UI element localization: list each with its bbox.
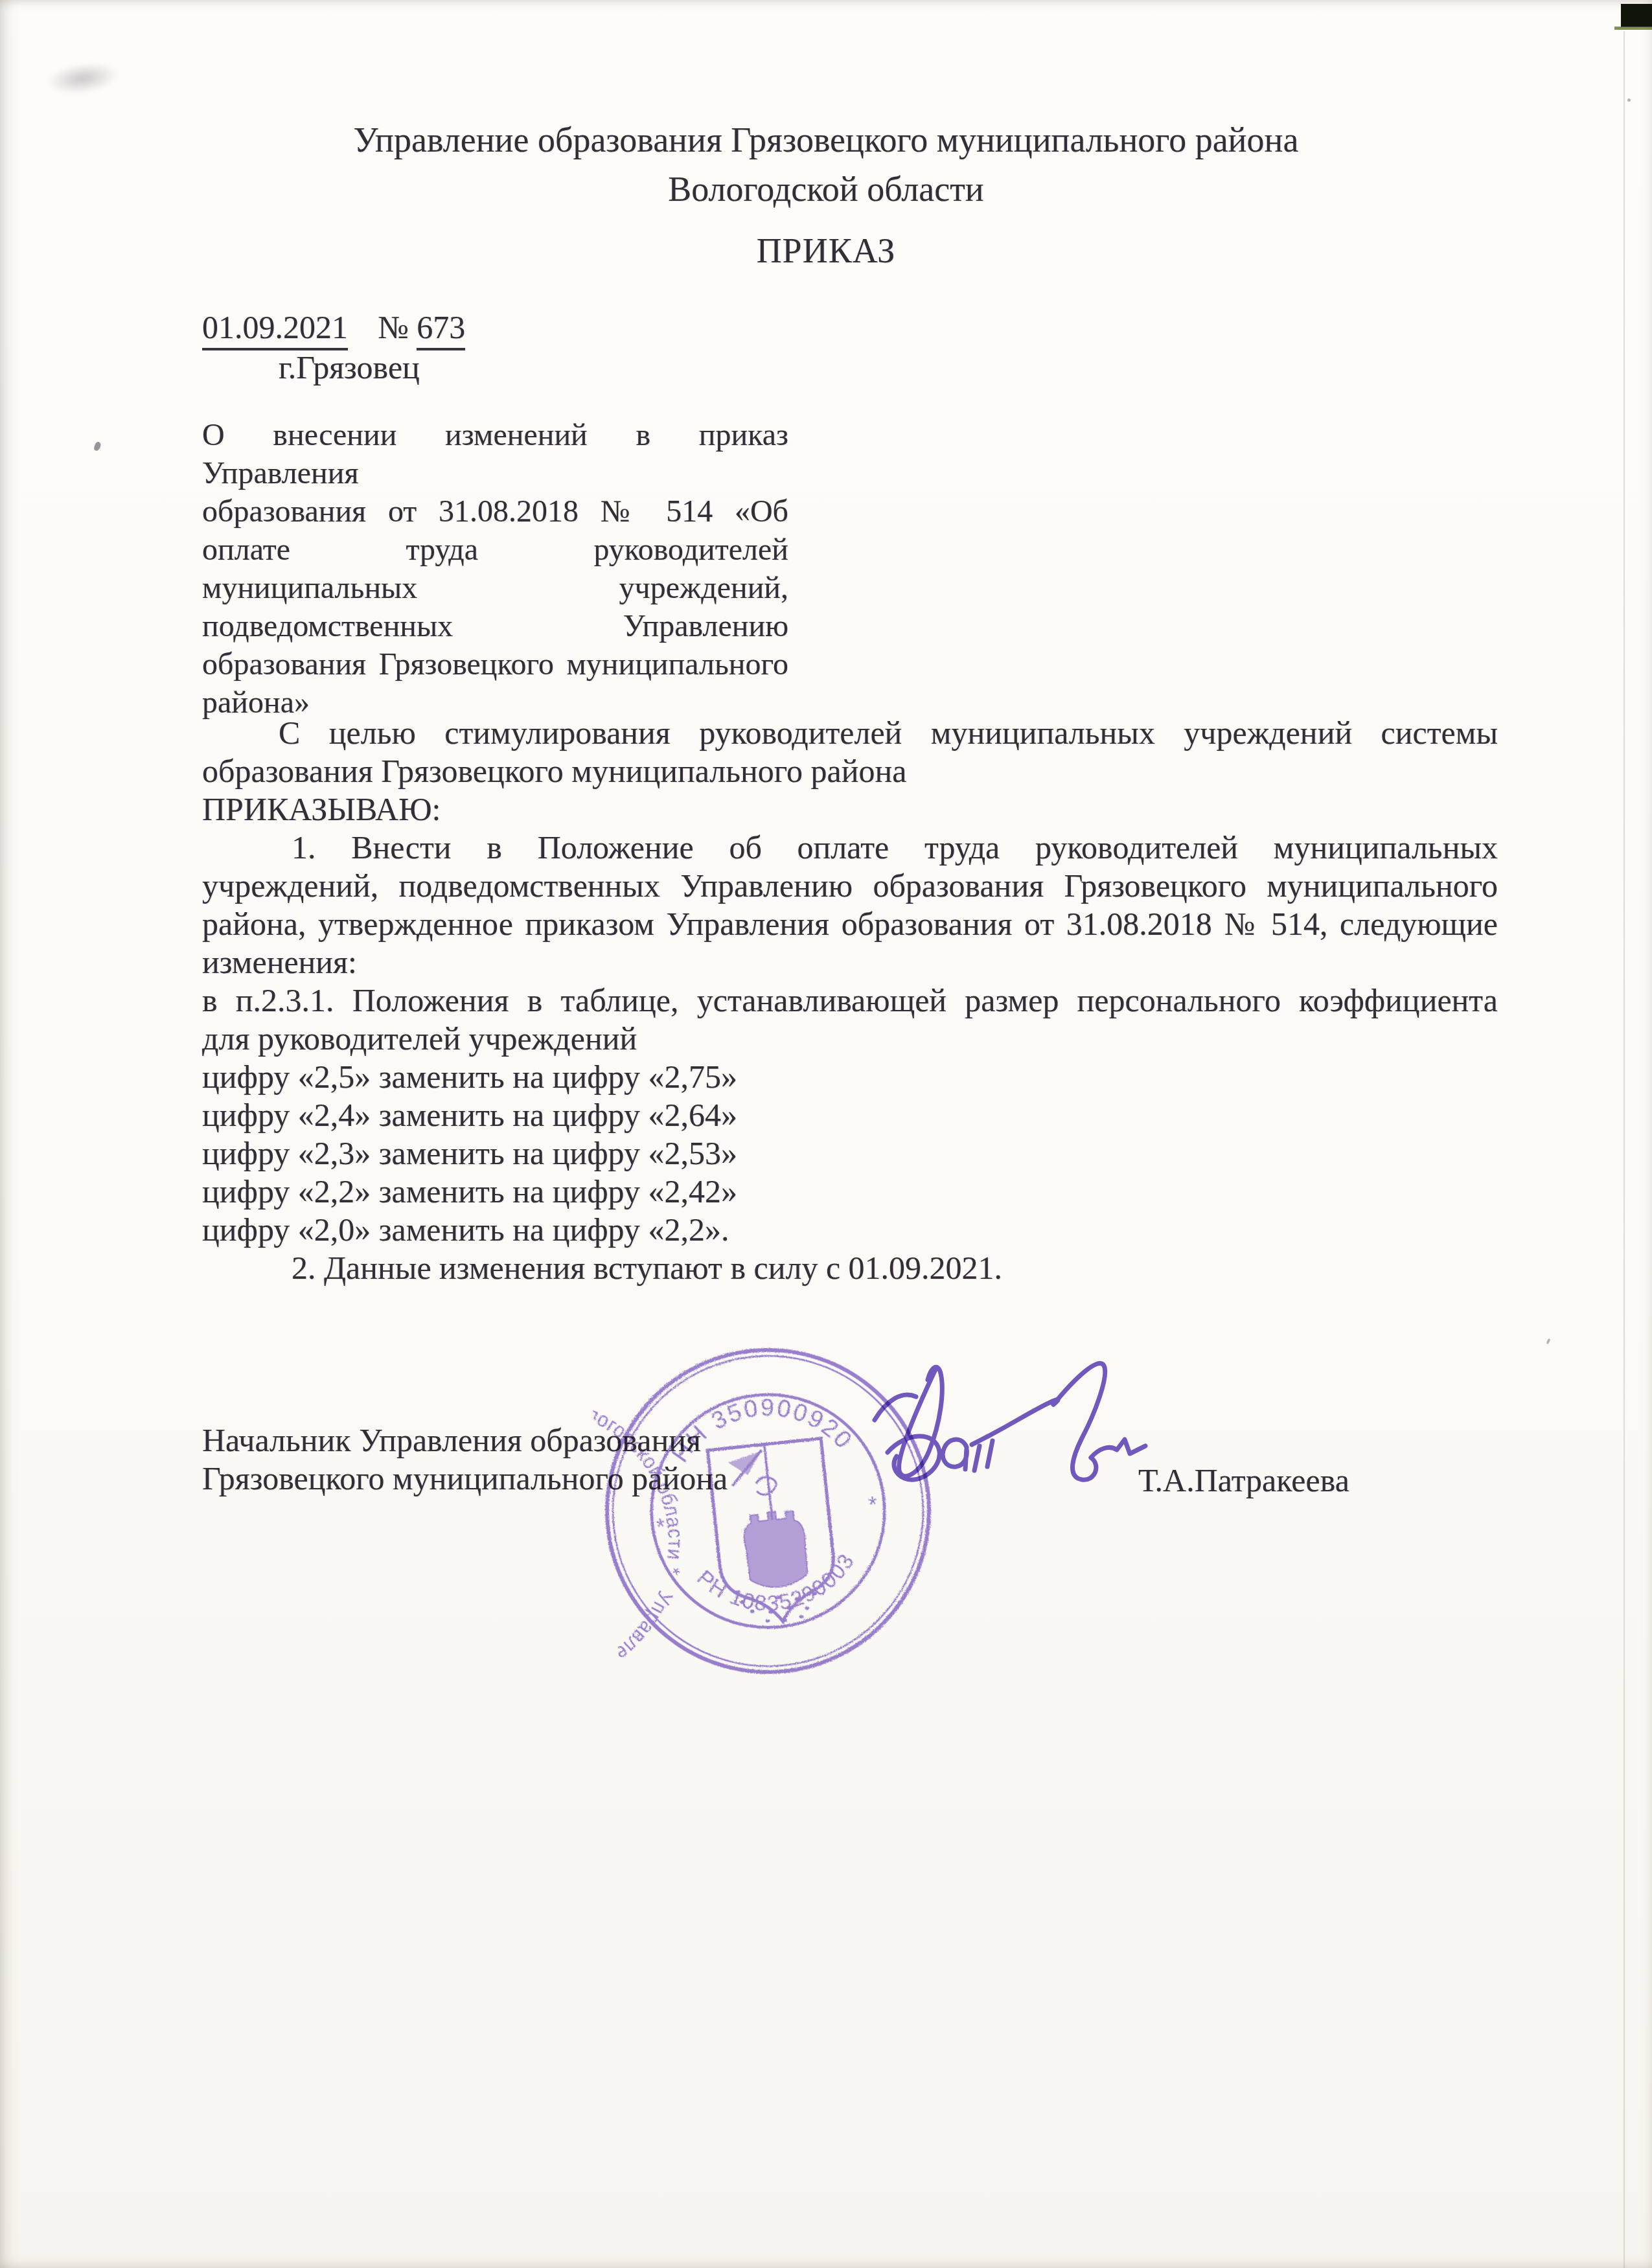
scan-corner-artifact (1621, 4, 1652, 27)
signature-stroke (875, 1395, 916, 1420)
replacement-line: цифру «2,5» заменить на цифру «2,75» (202, 1058, 1498, 1096)
subject-line: О внесении изменений в приказ Управления (202, 416, 788, 492)
letterhead: Управление образования Грязовецкого муни… (0, 115, 1652, 214)
signature-icon (868, 1342, 1179, 1524)
signature-stroke (943, 1439, 967, 1469)
subject-line: подведомственных Управлению (202, 607, 788, 645)
number-sign: № (378, 309, 409, 345)
flag (728, 1451, 764, 1477)
signature-stroke (1053, 1364, 1105, 1480)
body-line: в п.2.3.1. Положения в таблице, устанавл… (202, 981, 1498, 1020)
shield-divider (764, 1445, 772, 1520)
arm-motif (755, 1476, 777, 1495)
scan-crease-line (1623, 31, 1625, 2268)
ink-speck (93, 441, 102, 452)
org-name-line2: Вологодской области (0, 165, 1652, 214)
stamp-inn-text: ИНН 3509009208 (588, 1331, 860, 1481)
order-number: 673 (417, 309, 465, 350)
svg-text:Управление образования Грязове: Управление образования Грязовецкого муни… (588, 1375, 702, 1691)
ink-speck (1546, 1338, 1550, 1345)
document-type-title: ПРИКАЗ (0, 232, 1652, 270)
replacement-list: цифру «2,5» заменить на цифру «2,75» циф… (202, 1058, 1498, 1249)
handwritten-signature (868, 1342, 1179, 1524)
svg-text:ОГРН 1083529000390: ОГРН 1083529000390 (588, 1331, 864, 1633)
ink-speck (1627, 98, 1631, 102)
subject-line: образования Грязовецкого муниципального (202, 645, 788, 683)
order-word: ПРИКАЗЫВАЮ: (202, 790, 1498, 829)
org-name-line1: Управление образования Грязовецкого муни… (0, 115, 1652, 165)
body-line: изменения: (202, 943, 1498, 981)
city-label: г.Грязовец (279, 349, 420, 387)
replacement-line: цифру «2,3» заменить на цифру «2,53» (202, 1134, 1498, 1173)
body-line: для руководителей учреждений (202, 1020, 1498, 1058)
stamp-ring-text: Управление образования Грязовецкого муни… (588, 1375, 702, 1691)
replacement-line: цифру «2,2» заменить на цифру «2,42» (202, 1173, 1498, 1211)
order-item-2: 2. Данные изменения вступают в силу с 01… (202, 1249, 1498, 1287)
stamp-ogrn-text: ОГРН 1083529000390 (588, 1331, 864, 1633)
signature-stroke (972, 1399, 1058, 1445)
signature-stroke (1091, 1439, 1145, 1458)
svg-text:ИНН 3509009208: ИНН 3509009208 (588, 1331, 860, 1481)
body-line: С целью стимулирования руководителей мун… (202, 714, 1498, 752)
date-number-row: 01.09.2021№ 673 (202, 308, 465, 347)
replacement-line: цифру «2,4» заменить на цифру «2,64» (202, 1096, 1498, 1134)
order-subject: О внесении изменений в приказ Управления… (202, 416, 788, 722)
scan-smudge (45, 58, 120, 98)
scanned-order-page: Управление образования Грязовецкого муни… (0, 0, 1652, 2268)
body-line: района, утвержденное приказом Управления… (202, 905, 1498, 943)
scan-corner-line (1614, 27, 1652, 30)
intro-paragraph: С целью стимулирования руководителей мун… (202, 714, 1498, 829)
signature-stroke (899, 1367, 943, 1476)
subject-line: оплате труда руководителей (202, 531, 788, 569)
mound-motif (742, 1509, 810, 1590)
body-line: 1. Внести в Положение об оплате труда ру… (202, 829, 1498, 867)
body-line: 2. Данные изменения вступают в силу с 01… (202, 1249, 1498, 1287)
body-line: учреждений, подведомственных Управлению … (202, 867, 1498, 905)
replacement-line: цифру «2,0» заменить на цифру «2,2». (202, 1211, 1498, 1249)
body-line: образования Грязовецкого муниципального … (202, 752, 1498, 790)
subject-line: образования от 31.08.2018 № 514 «Об (202, 492, 788, 531)
order-date: 01.09.2021 (202, 309, 348, 350)
order-item-1: 1. Внести в Положение об оплате труда ру… (202, 829, 1498, 1058)
signature-stroke (974, 1441, 992, 1471)
subject-line: муниципальных учреждений, (202, 569, 788, 607)
